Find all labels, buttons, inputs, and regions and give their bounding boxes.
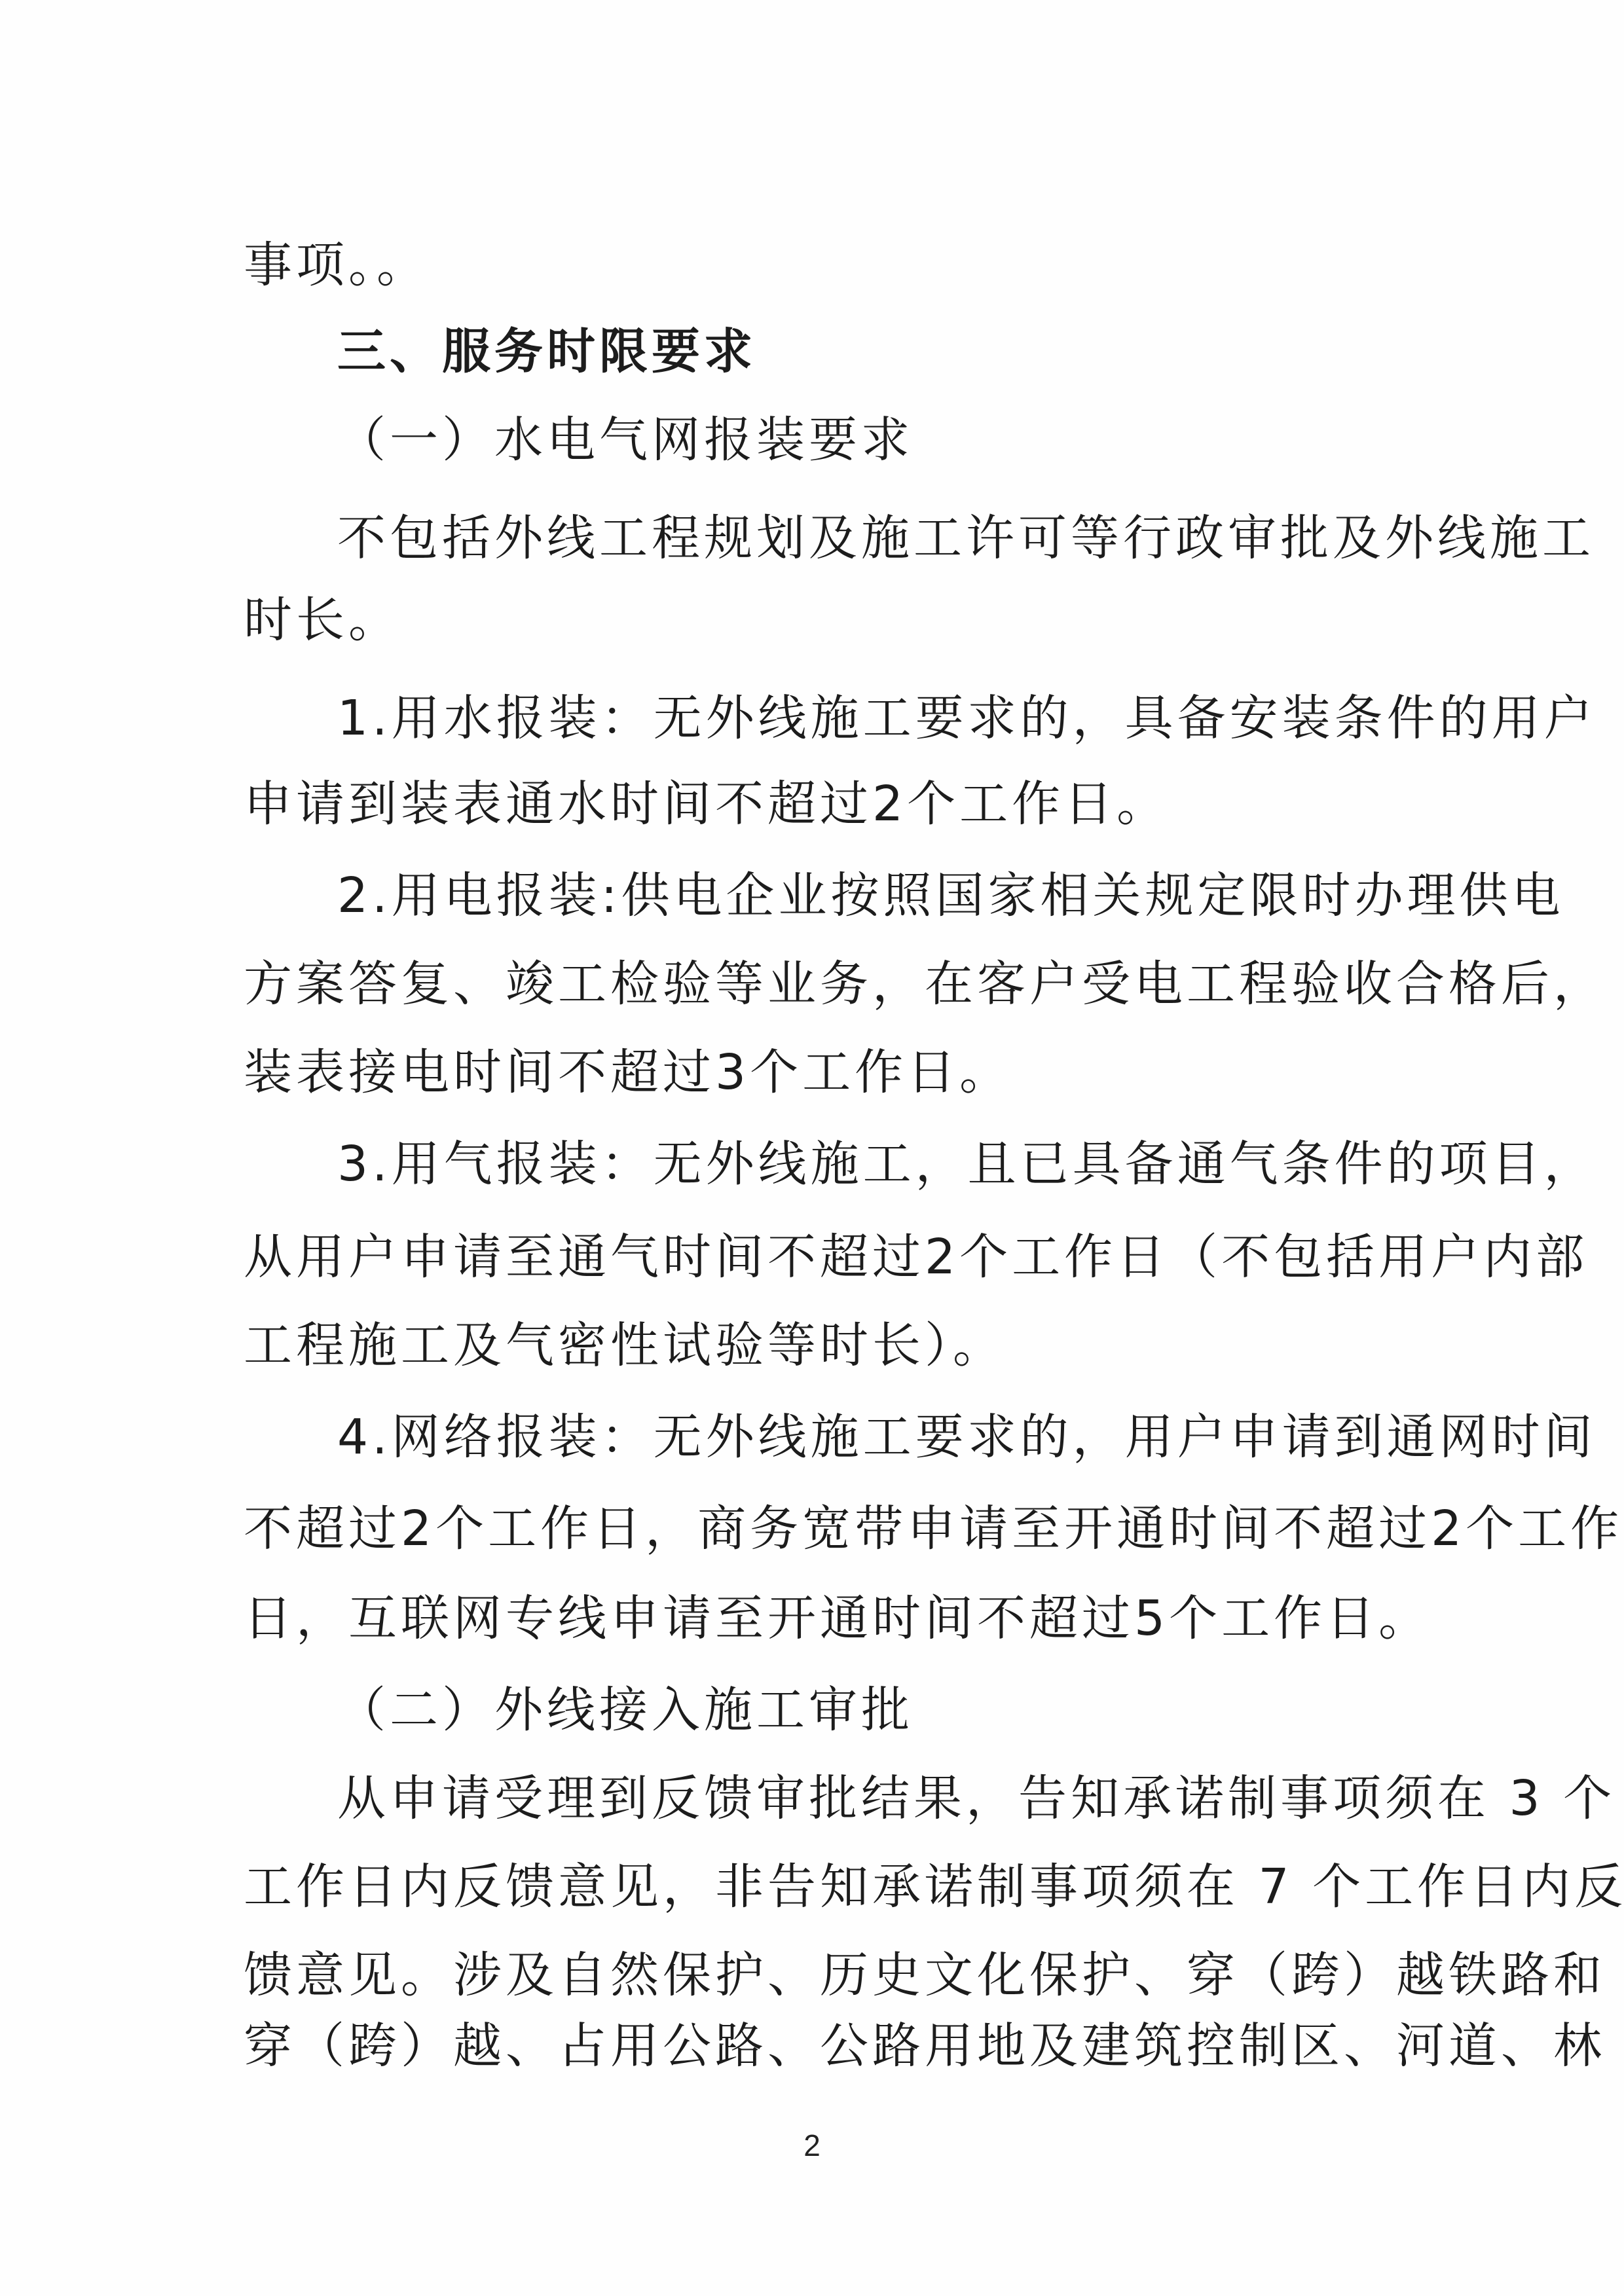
document-page: 事项。。 三、服务时限要求 （一）水电气网报装要求 不包括外线工程规划及施工许可…	[0, 0, 1624, 2296]
paragraph-line-water: 1.用水报装：无外线施工要求的，具备安装条件的用户	[337, 685, 1390, 751]
paragraph-line: 工程施工及气密性试验等时长）。	[244, 1313, 1390, 1378]
section-heading-service-time-limits: 三、服务时限要求	[337, 319, 1390, 384]
text-line-continuation: 事项。。	[244, 232, 1390, 298]
paragraph-line: 不包括外线工程规划及施工许可等行政审批及外线施工	[337, 505, 1390, 571]
paragraph-line: 馈意见。涉及自然保护、历史文化保护、穿（跨）越铁路和	[244, 1942, 1390, 2008]
paragraph-line: 工作日内反馈意见，非告知承诺制事项须在 7 个工作日内反	[244, 1854, 1390, 1920]
paragraph-line-electricity: 2.用电报装:供电企业按照国家相关规定限时办理供电	[337, 863, 1390, 928]
paragraph-line: 装表接电时间不超过3个工作日。	[244, 1040, 1390, 1105]
page-number: 2	[0, 2128, 1624, 2163]
paragraph-line: 日，互联网专线申请至开通时间不超过5个工作日。	[244, 1586, 1390, 1651]
paragraph-line: 方案答复、竣工检验等业务，在客户受电工程验收合格后，	[244, 951, 1390, 1017]
paragraph-line-gas: 3.用气报装：无外线施工，且已具备通气条件的项目，	[337, 1131, 1390, 1197]
paragraph-line: 从申请受理到反馈审批结果，告知承诺制事项须在 3 个	[337, 1766, 1390, 1831]
paragraph-line: 从用户申请至通气时间不超过2个工作日（不包括用户内部	[244, 1224, 1390, 1290]
paragraph-line-network: 4.网络报装：无外线施工要求的，用户申请到通网时间	[337, 1404, 1390, 1470]
paragraph-line: 申请到装表通水时间不超过2个工作日。	[244, 771, 1390, 837]
subsection-heading-external-line-approval: （二）外线接入施工审批	[337, 1677, 1390, 1743]
paragraph-line: 不超过2个工作日，商务宽带申请至开通时间不超过2个工作	[244, 1496, 1390, 1561]
paragraph-line: 穿（跨）越、占用公路、公路用地及建筑控制区、河道、林	[244, 2013, 1390, 2079]
paragraph-line: 时长。	[244, 587, 1390, 653]
subsection-heading-utility-application: （一）水电气网报装要求	[337, 407, 1390, 473]
